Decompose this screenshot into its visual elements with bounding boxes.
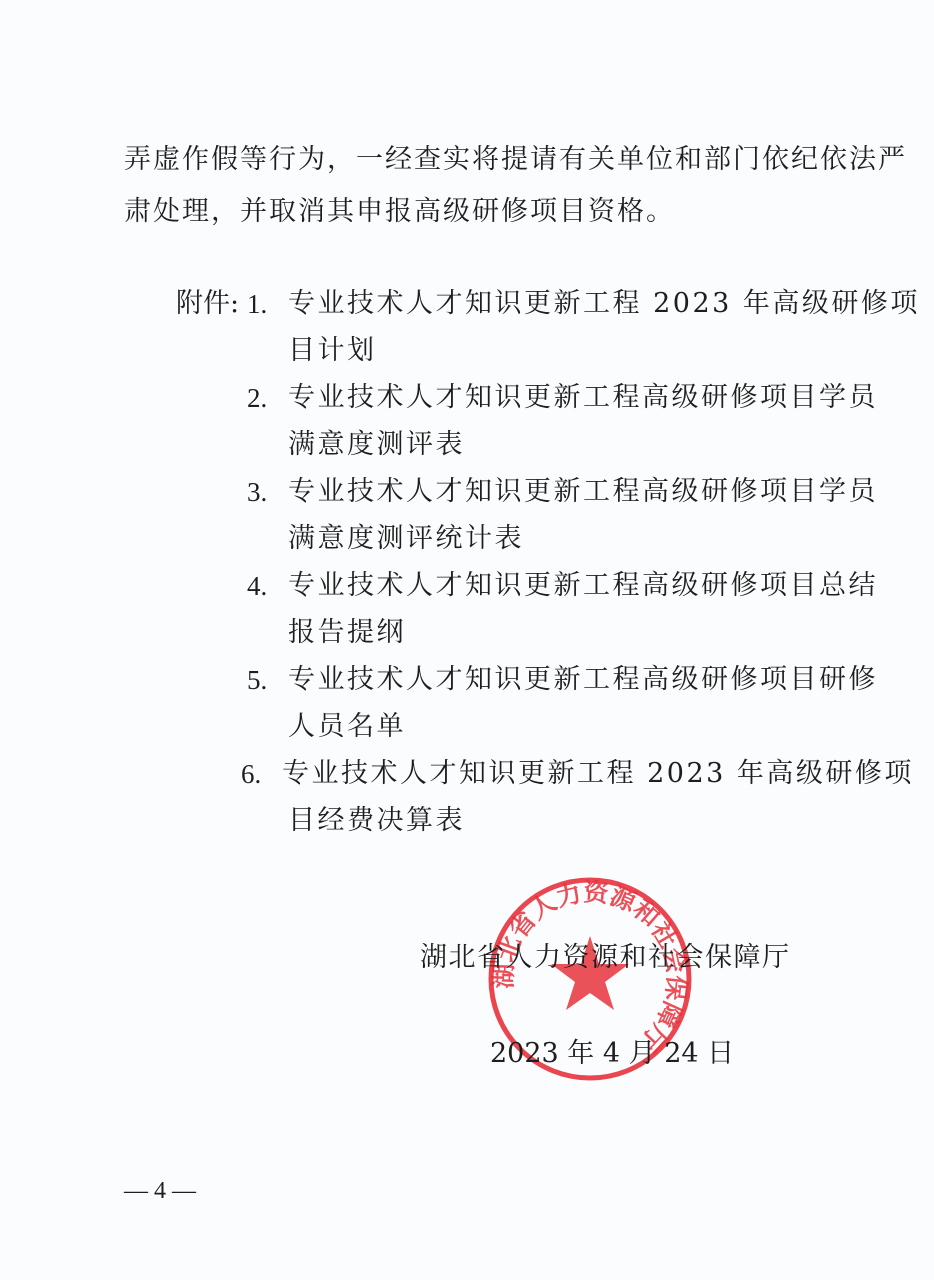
- attachment-item-3: 专业技术人才知识更新工程高级研修项目学员: [288, 474, 878, 510]
- attachment-number-1: 1.: [247, 286, 267, 322]
- body-text-line-2: 肃处理，并取消其申报高级研修项目资格。: [124, 194, 675, 230]
- attachment-item-6: 专业技术人才知识更新工程 2023 年高级研修项: [282, 756, 914, 792]
- attachment-item-5-cont: 人员名单: [288, 709, 406, 745]
- attachment-item-5: 专业技术人才知识更新工程高级研修项目研修: [288, 662, 878, 698]
- attachment-number-3: 3.: [247, 474, 267, 510]
- body-text-line-1: 弄虚作假等行为，一经查实将提请有关单位和部门依纪依法严: [124, 142, 907, 178]
- page-number: — 4 —: [124, 1176, 196, 1206]
- attachment-item-3-cont: 满意度测评统计表: [288, 521, 524, 557]
- attachment-number-2: 2.: [247, 380, 267, 416]
- attachment-number-5: 5.: [247, 662, 267, 698]
- attachment-item-6-cont: 目经费决算表: [288, 803, 465, 839]
- attachments-label: 附件:: [176, 286, 239, 322]
- document-page: 弄虚作假等行为，一经查实将提请有关单位和部门依纪依法严 肃处理，并取消其申报高级…: [0, 0, 934, 1280]
- attachment-item-4: 专业技术人才知识更新工程高级研修项目总结: [288, 568, 878, 604]
- attachment-item-2-cont: 满意度测评表: [288, 427, 465, 463]
- attachment-item-1-cont: 目计划: [288, 333, 377, 369]
- attachment-item-1: 专业技术人才知识更新工程 2023 年高级研修项: [288, 286, 920, 322]
- attachment-number-6: 6.: [241, 756, 261, 792]
- attachment-number-4: 4.: [247, 568, 267, 604]
- attachment-item-4-cont: 报告提纲: [288, 615, 406, 651]
- signing-organization: 湖北省人力资源和社会保障厅: [420, 940, 791, 976]
- attachment-item-2: 专业技术人才知识更新工程高级研修项目学员: [288, 380, 878, 416]
- signing-date: 2023 年 4 月 24 日: [490, 1036, 734, 1072]
